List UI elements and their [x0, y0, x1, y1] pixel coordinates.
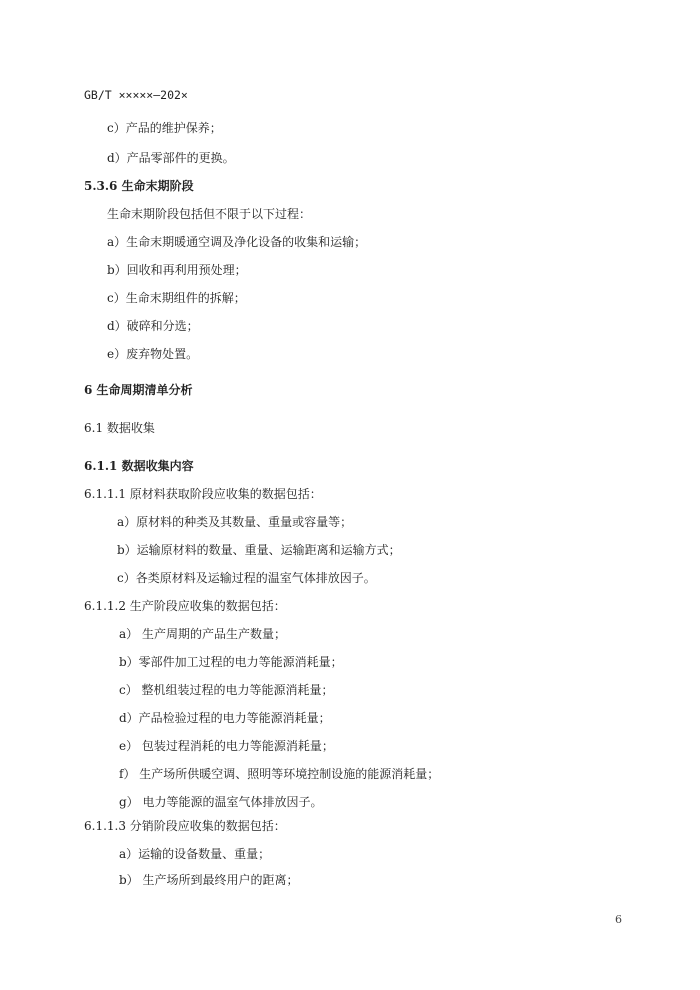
paragraph-line: e）废弃物处置。 [107, 346, 198, 362]
paragraph-line: a）原材料的种类及其数量、重量或容量等； [117, 514, 352, 530]
page-number: 6 [615, 912, 622, 928]
section-heading: 5.3.6 生命末期阶段 [84, 178, 194, 194]
paragraph-line: a）运输的设备数量、重量； [119, 846, 270, 862]
paragraph-line: b）回收和再利用预处理； [107, 262, 247, 278]
paragraph-line: a）生命末期暖通空调及净化设备的收集和运输； [107, 234, 366, 250]
paragraph-line: c）生命末期组件的拆解； [107, 290, 246, 306]
paragraph-line: g） 电力等能源的温室气体排放因子。 [119, 794, 323, 810]
standard-id-header: GB/T ×××××—202× [84, 87, 188, 103]
paragraph-line: b） 生产场所到最终用户的距离； [119, 872, 299, 888]
paragraph-line: d）破碎和分选； [107, 318, 199, 334]
paragraph-line: c）产品的维护保养； [107, 120, 222, 136]
paragraph-line: 6.1.1.2 生产阶段应收集的数据包括： [84, 598, 286, 614]
paragraph-line: b）零部件加工过程的电力等能源消耗量； [119, 654, 343, 670]
section-heading: 6 生命周期清单分析 [84, 382, 193, 398]
paragraph-line: 6.1.1.3 分销阶段应收集的数据包括： [84, 818, 286, 834]
paragraph-line: d）产品检验过程的电力等能源消耗量； [119, 710, 331, 726]
paragraph-line: 6.1.1.1 原材料获取阶段应收集的数据包括： [84, 486, 322, 502]
paragraph-line: f） 生产场所供暖空调、照明等环境控制设施的能源消耗量； [119, 766, 439, 782]
section-heading: 6.1.1 数据收集内容 [84, 458, 194, 474]
paragraph-line: c）各类原材料及运输过程的温室气体排放因子。 [117, 570, 376, 586]
paragraph-line: d）产品零部件的更换。 [107, 150, 235, 166]
paragraph-line: 生命末期阶段包括但不限于以下过程： [107, 206, 311, 222]
paragraph-line: 6.1 数据收集 [84, 420, 155, 436]
paragraph-line: b）运输原材料的数量、重量、运输距离和运输方式； [117, 542, 401, 558]
paragraph-line: c） 整机组装过程的电力等能源消耗量； [119, 682, 334, 698]
paragraph-line: e） 包装过程消耗的电力等能源消耗量； [119, 738, 334, 754]
paragraph-line: a） 生产周期的产品生产数量； [119, 626, 286, 642]
